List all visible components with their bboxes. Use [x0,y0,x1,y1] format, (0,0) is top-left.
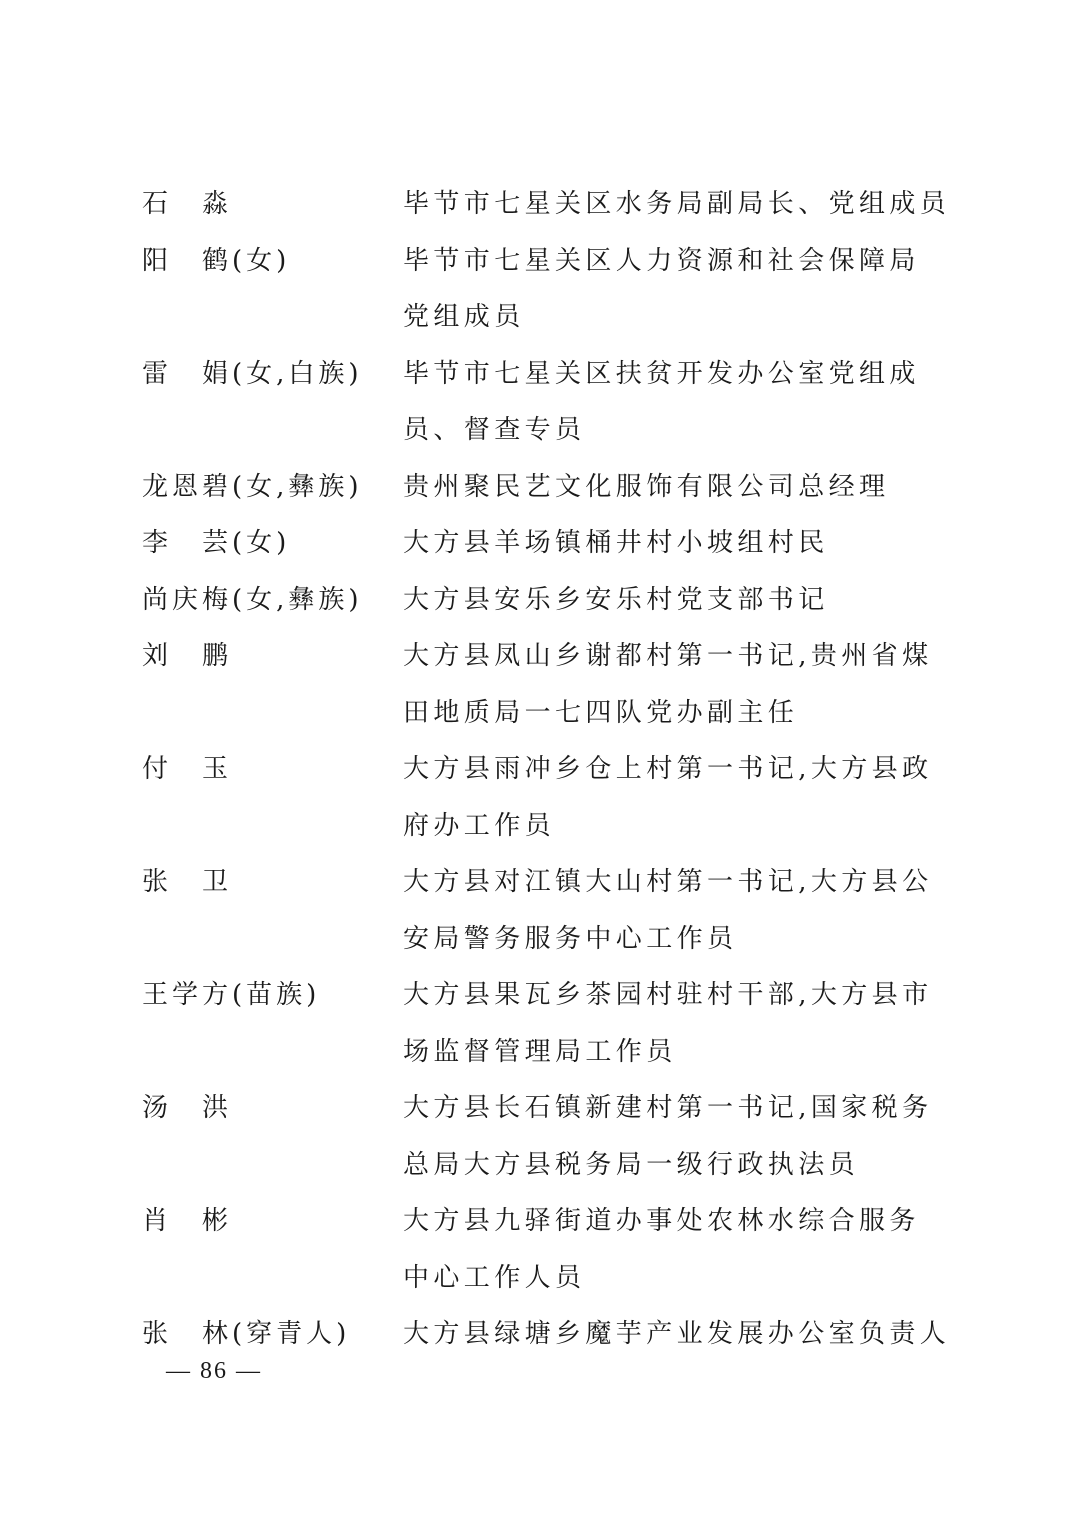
person-name: 付 玉 [142,741,403,798]
position-line: 大方县对江镇大山村第一书记,大方县公 [403,854,939,911]
position-line: 党组成员 [403,289,939,346]
person-position: 大方县果瓦乡茶园村驻村干部,大方县市场监督管理局工作员 [403,967,939,1080]
list-item: 肖 彬大方县九驿街道办事处农林水综合服务中心工作人员 [142,1193,942,1306]
position-line: 大方县绿塘乡魔芋产业发展办公室负责人 [403,1306,939,1363]
list-item: 付 玉大方县雨冲乡仓上村第一书记,大方县政府办工作员 [142,741,942,854]
position-line: 大方县九驿街道办事处农林水综合服务 [403,1193,939,1250]
list-item: 汤 洪大方县长石镇新建村第一书记,国家税务总局大方县税务局一级行政执法员 [142,1080,942,1193]
page-number: — 86 — [166,1358,262,1385]
person-position: 大方县对江镇大山村第一书记,大方县公安局警务服务中心工作员 [403,854,939,967]
person-position: 大方县长石镇新建村第一书记,国家税务总局大方县税务局一级行政执法员 [403,1080,939,1193]
person-name: 雷 娟(女,白族) [142,346,403,403]
person-name: 王学方(苗族) [142,967,403,1024]
position-line: 大方县凤山乡谢都村第一书记,贵州省煤 [403,628,939,685]
position-line: 大方县长石镇新建村第一书记,国家税务 [403,1080,939,1137]
person-name: 龙恩碧(女,彝族) [142,459,403,516]
position-line: 府办工作员 [403,798,939,855]
position-line: 毕节市七星关区扶贫开发办公室党组成 [403,346,939,403]
person-name: 汤 洪 [142,1080,403,1137]
person-name: 刘 鹏 [142,628,403,685]
document-page: 石 淼毕节市七星关区水务局副局长、党组成员阳 鹤(女)毕节市七星关区人力资源和社… [0,0,1080,1527]
person-position: 毕节市七星关区人力资源和社会保障局党组成员 [403,233,939,346]
person-position: 毕节市七星关区水务局副局长、党组成员 [403,176,939,233]
list-item: 阳 鹤(女)毕节市七星关区人力资源和社会保障局党组成员 [142,233,942,346]
person-position: 大方县雨冲乡仓上村第一书记,大方县政府办工作员 [403,741,939,854]
position-line: 员、督查专员 [403,402,939,459]
person-name: 阳 鹤(女) [142,233,403,290]
position-line: 安局警务服务中心工作员 [403,911,939,968]
position-line: 场监督管理局工作员 [403,1024,939,1081]
list-item: 石 淼毕节市七星关区水务局副局长、党组成员 [142,176,942,233]
person-name: 石 淼 [142,176,403,233]
position-line: 毕节市七星关区人力资源和社会保障局 [403,233,939,290]
list-item: 张 卫大方县对江镇大山村第一书记,大方县公安局警务服务中心工作员 [142,854,942,967]
person-name: 张 卫 [142,854,403,911]
person-name: 肖 彬 [142,1193,403,1250]
list-item: 尚庆梅(女,彝族)大方县安乐乡安乐村党支部书记 [142,572,942,629]
person-name: 尚庆梅(女,彝族) [142,572,403,629]
position-line: 大方县羊场镇桶井村小坡组村民 [403,515,939,572]
position-line: 大方县安乐乡安乐村党支部书记 [403,572,939,629]
honoree-list: 石 淼毕节市七星关区水务局副局长、党组成员阳 鹤(女)毕节市七星关区人力资源和社… [142,176,942,1363]
person-name: 张 林(穿青人) [142,1306,403,1363]
list-item: 张 林(穿青人)大方县绿塘乡魔芋产业发展办公室负责人 [142,1306,942,1363]
list-item: 雷 娟(女,白族)毕节市七星关区扶贫开发办公室党组成员、督查专员 [142,346,942,459]
list-item: 王学方(苗族)大方县果瓦乡茶园村驻村干部,大方县市场监督管理局工作员 [142,967,942,1080]
position-line: 贵州聚民艺文化服饰有限公司总经理 [403,459,939,516]
person-position: 毕节市七星关区扶贫开发办公室党组成员、督查专员 [403,346,939,459]
person-position: 大方县绿塘乡魔芋产业发展办公室负责人 [403,1306,939,1363]
position-line: 总局大方县税务局一级行政执法员 [403,1137,939,1194]
list-item: 龙恩碧(女,彝族)贵州聚民艺文化服饰有限公司总经理 [142,459,942,516]
position-line: 大方县果瓦乡茶园村驻村干部,大方县市 [403,967,939,1024]
list-item: 刘 鹏大方县凤山乡谢都村第一书记,贵州省煤田地质局一七四队党办副主任 [142,628,942,741]
person-position: 大方县安乐乡安乐村党支部书记 [403,572,939,629]
person-position: 大方县九驿街道办事处农林水综合服务中心工作人员 [403,1193,939,1306]
person-name: 李 芸(女) [142,515,403,572]
person-position: 大方县羊场镇桶井村小坡组村民 [403,515,939,572]
person-position: 贵州聚民艺文化服饰有限公司总经理 [403,459,939,516]
position-line: 大方县雨冲乡仓上村第一书记,大方县政 [403,741,939,798]
position-line: 田地质局一七四队党办副主任 [403,685,939,742]
list-item: 李 芸(女)大方县羊场镇桶井村小坡组村民 [142,515,942,572]
position-line: 中心工作人员 [403,1250,939,1307]
position-line: 毕节市七星关区水务局副局长、党组成员 [403,176,939,233]
person-position: 大方县凤山乡谢都村第一书记,贵州省煤田地质局一七四队党办副主任 [403,628,939,741]
